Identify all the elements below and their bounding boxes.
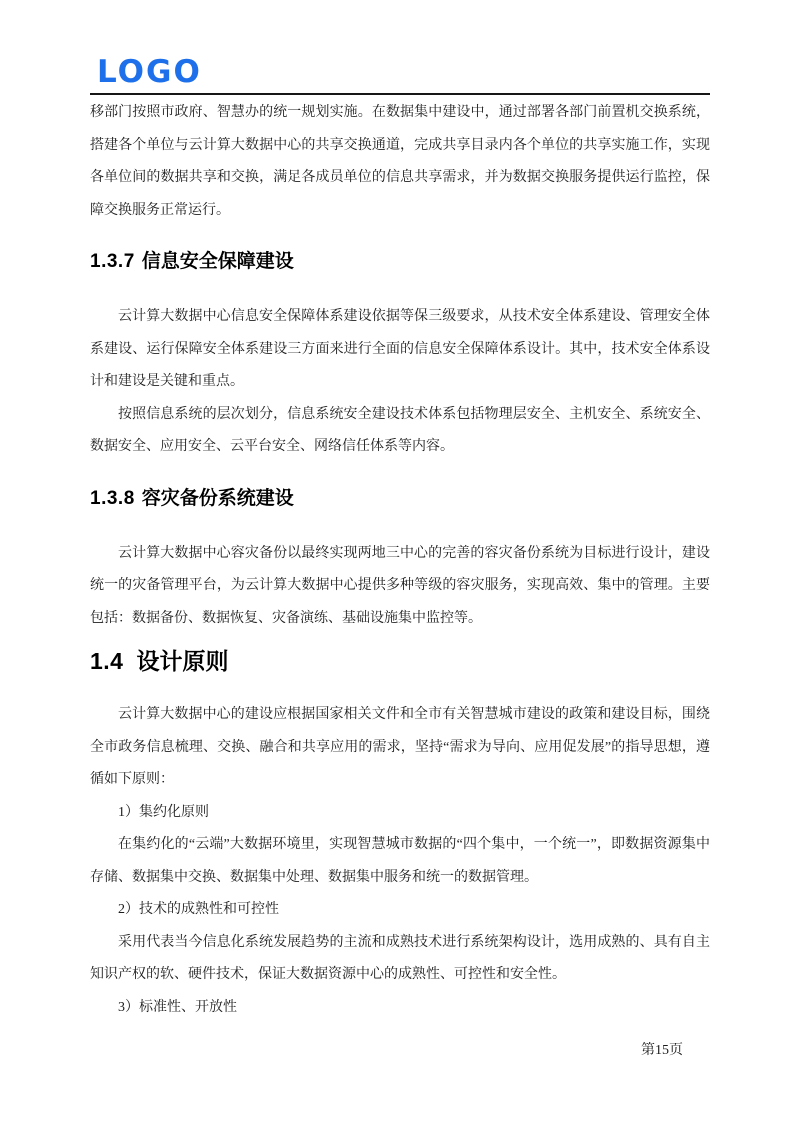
document-footer: 第15页	[641, 1042, 683, 1060]
document-header: LOGO	[90, 0, 710, 95]
paragraph: 在集约化的“云端”大数据环境里，实现智慧城市数据的“四个集中，一个统一”，即数据…	[90, 829, 710, 894]
paragraph: 采用代表当今信息化系统发展趋势的主流和成熟技术进行系统架构设计，选用成熟的、具有…	[90, 927, 710, 992]
section-heading-1-3-8: 1.3.8容灾备份系统建设	[90, 486, 710, 512]
document-body: 移部门按照市政府、智慧办的统一规划实施。在数据集中建设中，通过部署各部门前置机交…	[90, 97, 710, 1024]
principle-item-3: 3）标准性、开放性	[90, 992, 710, 1025]
page-number: 第15页	[641, 1043, 683, 1058]
principle-item-2: 2）技术的成熟性和可控性	[90, 894, 710, 927]
document-page: { "header": { "logo_text": "LOGO", "logo…	[0, 0, 800, 1132]
section-heading-1-3-7: 1.3.7信息安全保障建设	[90, 249, 710, 275]
section-number: 1.4	[90, 648, 123, 674]
company-logo: LOGO	[97, 52, 202, 92]
principle-item-1: 1）集约化原则	[90, 797, 710, 830]
section-number: 1.3.7	[90, 251, 135, 272]
paragraph: 按照信息系统的层次划分，信息系统安全建设技术体系包括物理层安全、主机安全、系统安…	[90, 399, 710, 464]
section-heading-1-4: 1.4设计原则	[90, 645, 710, 677]
section-title: 容灾备份系统建设	[142, 488, 294, 509]
paragraph: 云计算大数据中心容灾备份以最终实现两地三中心的完善的容灾备份系统为目标进行设计，…	[90, 538, 710, 636]
section-title: 信息安全保障建设	[142, 251, 294, 272]
paragraph: 云计算大数据中心信息安全保障体系建设依据等保三级要求，从技术安全体系建设、管理安…	[90, 301, 710, 399]
section-number: 1.3.8	[90, 488, 135, 509]
paragraph-continuation: 移部门按照市政府、智慧办的统一规划实施。在数据集中建设中，通过部署各部门前置机交…	[90, 97, 710, 227]
paragraph: 云计算大数据中心的建设应根据国家相关文件和全市有关智慧城市建设的政策和建设目标，…	[90, 699, 710, 797]
section-title: 设计原则	[136, 648, 228, 674]
